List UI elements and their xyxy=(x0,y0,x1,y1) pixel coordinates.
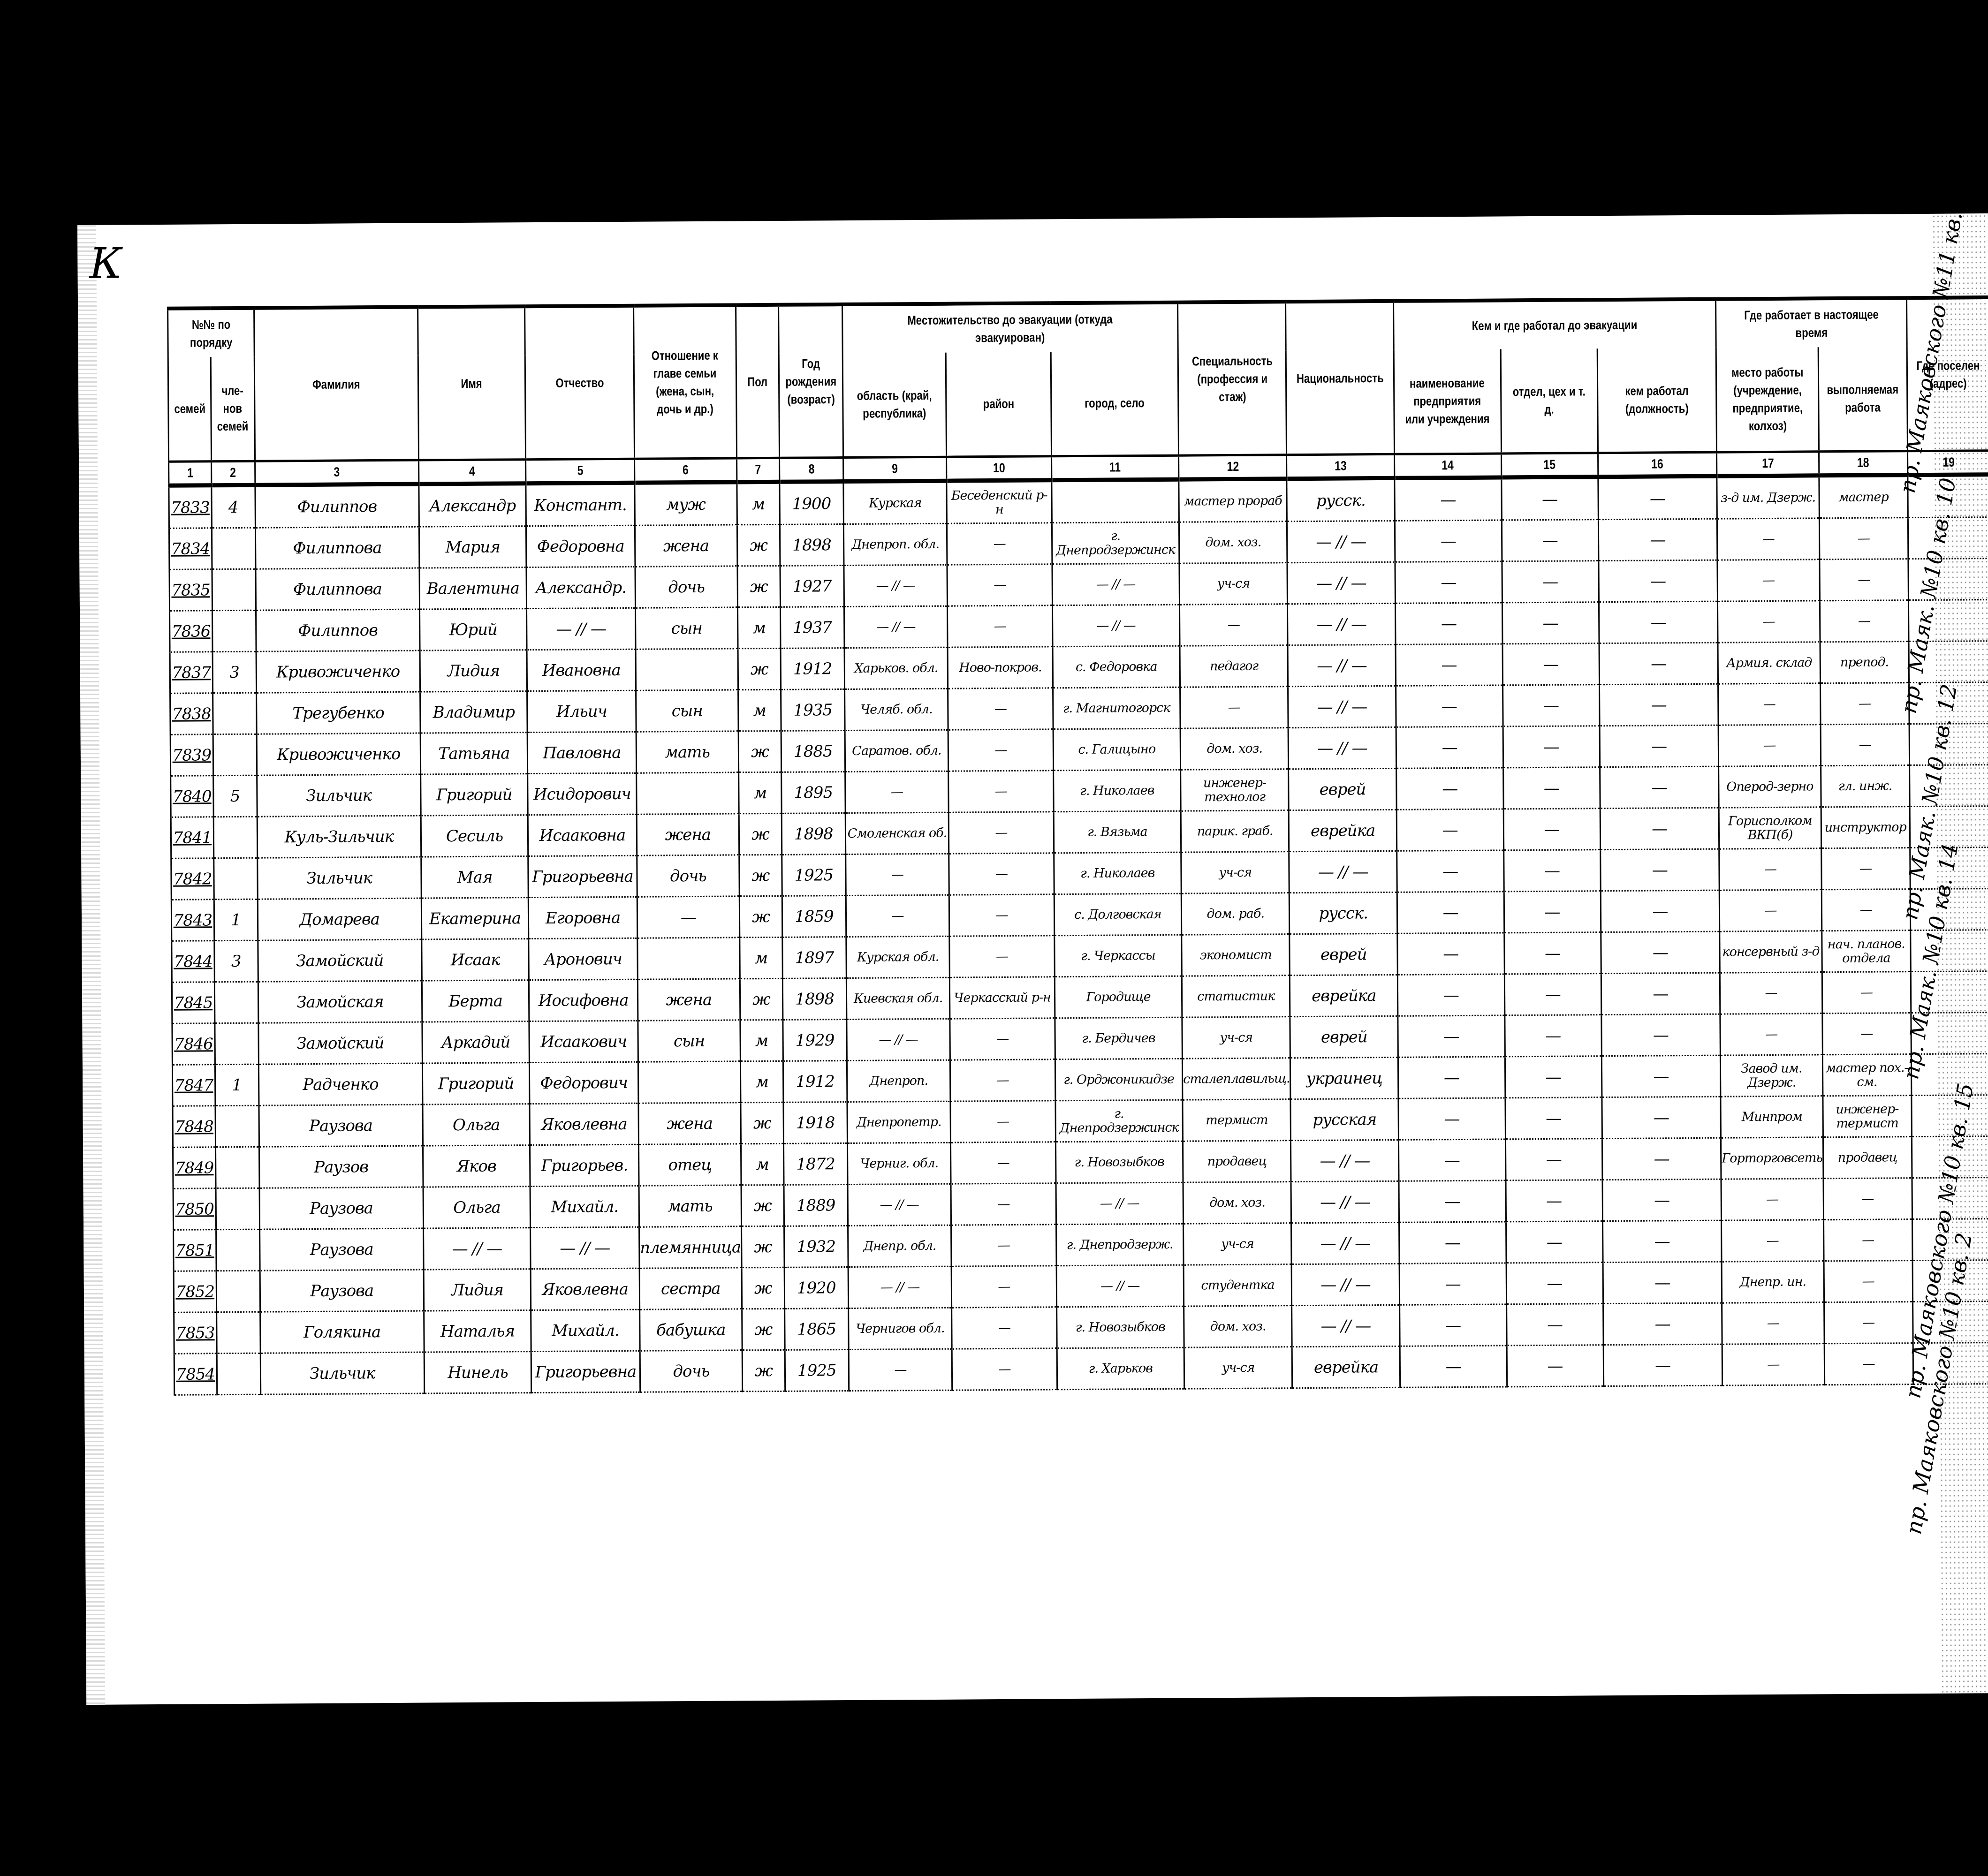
relation-cell: жена xyxy=(637,979,740,1021)
registry-table: №№ по порядку Фамилия Имя Отчество Отнош… xyxy=(167,295,1988,1396)
department-cell: — xyxy=(1506,1304,1603,1346)
family-count xyxy=(216,1188,259,1230)
city-cell: г. Орджоникидзе xyxy=(1055,1059,1183,1101)
sex-cell: ж xyxy=(738,731,782,772)
district-cell: — xyxy=(947,523,1052,565)
work-done-cell: препод. xyxy=(1820,642,1909,683)
city-cell: с. Долговская xyxy=(1054,893,1182,936)
workplace-cell: — xyxy=(1719,848,1821,890)
name-cell: Татьяна xyxy=(420,733,528,774)
name-cell: Лидия xyxy=(420,650,527,692)
patronymic-cell: Исааковна xyxy=(528,814,637,856)
surname-cell: Филиппова xyxy=(255,527,419,569)
row-number: 7847 xyxy=(172,1065,215,1106)
work-done-cell: мастер xyxy=(1819,475,1908,518)
specialty-cell: дом. раб. xyxy=(1181,893,1290,935)
workplace-cell: — xyxy=(1722,1302,1824,1344)
enterprise-cell: — xyxy=(1398,1057,1505,1098)
specialty-cell: сталеплавильщ. xyxy=(1182,1058,1290,1100)
sex-cell: ж xyxy=(739,855,782,896)
birth-year-cell: 1937 xyxy=(781,607,844,649)
enterprise-cell: — xyxy=(1396,685,1502,727)
sex-cell: ж xyxy=(742,1267,785,1309)
city-cell: с. Федоровка xyxy=(1053,646,1180,688)
enterprise-cell: — xyxy=(1399,1222,1506,1263)
position-cell: — xyxy=(1601,973,1720,1015)
work-done-cell: — xyxy=(1823,1219,1912,1261)
district-cell: — xyxy=(952,1348,1057,1390)
row-number: 7854 xyxy=(174,1354,217,1395)
relation-cell xyxy=(637,772,739,814)
region-cell: Чернигов обл. xyxy=(848,1308,952,1349)
nationality-cell: еврей xyxy=(1289,768,1396,810)
col-num: 12 xyxy=(1188,455,1277,479)
birth-year-cell: 1898 xyxy=(780,524,844,566)
workplace-cell: — xyxy=(1718,601,1820,643)
registry-rows: 78334ФилипповАлександрКонстант.мужм1900К… xyxy=(169,475,1988,1395)
header-families: семей xyxy=(172,357,207,461)
patronymic-cell: — // — xyxy=(531,1227,639,1269)
row-number: 7849 xyxy=(173,1147,216,1189)
name-cell: Григорий xyxy=(421,774,528,816)
header-enterprise: наименование предприятия или учреждения xyxy=(1404,349,1492,454)
district-cell: — xyxy=(948,771,1054,812)
birth-year-cell: 1927 xyxy=(780,566,844,607)
district-cell: — xyxy=(948,729,1054,771)
family-count: 3 xyxy=(214,940,258,982)
surname-cell: Кривожиченко xyxy=(256,651,420,693)
workplace-cell: — xyxy=(1718,683,1821,725)
family-count: 4 xyxy=(212,485,255,528)
position-cell: — xyxy=(1600,725,1719,767)
specialty-cell: уч-ся xyxy=(1184,1347,1292,1389)
region-cell: Киевская обл. xyxy=(846,977,950,1019)
header-nationality: Национальность xyxy=(1296,301,1385,455)
city-cell: г. Вязьма xyxy=(1054,811,1181,853)
district-cell: Беседенский р-н xyxy=(947,480,1052,523)
family-count xyxy=(212,528,255,569)
surname-cell: Филиппов xyxy=(256,609,420,651)
work-done-cell: — xyxy=(1820,683,1909,725)
nationality-cell: — // — xyxy=(1289,851,1397,893)
nationality-cell: — // — xyxy=(1291,1181,1399,1223)
patronymic-cell: Павловна xyxy=(527,732,636,773)
header-group-numbers: №№ по порядку xyxy=(175,308,246,357)
department-cell: — xyxy=(1503,726,1600,768)
col-num: 2 xyxy=(215,461,251,485)
work-done-cell: — xyxy=(1822,972,1911,1014)
sex-cell: м xyxy=(740,1061,783,1103)
workplace-cell: — xyxy=(1720,1014,1822,1055)
city-cell: г. Новозыбков xyxy=(1055,1141,1183,1183)
sex-cell: ж xyxy=(739,813,782,855)
row-number: 7850 xyxy=(173,1188,216,1230)
relation-cell: мать xyxy=(636,731,739,773)
col-num: 13 xyxy=(1297,454,1385,478)
relation-cell: муж xyxy=(635,482,737,525)
scan-edge xyxy=(77,225,105,1705)
position-cell: — xyxy=(1601,931,1720,974)
district-cell: — xyxy=(951,1142,1056,1184)
birth-year-cell: 1918 xyxy=(783,1102,847,1144)
work-done-cell: — xyxy=(1823,1178,1912,1220)
workplace-cell: — xyxy=(1717,560,1820,601)
name-cell: Берта xyxy=(422,980,529,1022)
sex-cell: ж xyxy=(738,648,781,690)
specialty-cell: парик. граб. xyxy=(1181,810,1289,852)
patronymic-cell: Егоровна xyxy=(528,897,637,938)
family-count xyxy=(213,817,257,858)
name-cell: Григорий xyxy=(422,1063,530,1104)
surname-cell: Зильчик xyxy=(257,857,421,899)
nationality-cell: — // — xyxy=(1292,1305,1400,1346)
name-cell: Аркадий xyxy=(422,1021,530,1063)
enterprise-cell: — xyxy=(1396,726,1503,768)
name-cell: Мая xyxy=(421,856,529,898)
workplace-cell: Днепр. ин. xyxy=(1722,1261,1824,1303)
enterprise-cell: — xyxy=(1398,1015,1505,1057)
name-cell: Нинель xyxy=(424,1352,531,1393)
relation-cell: — xyxy=(637,896,740,938)
surname-cell: Раузова xyxy=(259,1187,424,1229)
surname-cell: Зильчик xyxy=(257,774,421,817)
work-done-cell: — xyxy=(1819,518,1908,560)
region-cell: — // — xyxy=(847,1019,950,1060)
region-cell: Днепр. обл. xyxy=(848,1225,951,1267)
region-cell: Черниг. обл. xyxy=(847,1142,951,1184)
nationality-cell: — // — xyxy=(1291,1222,1399,1264)
family-count xyxy=(215,1147,259,1188)
city-cell: г. Николаев xyxy=(1054,852,1181,894)
col-num: 9 xyxy=(852,457,937,481)
department-cell: — xyxy=(1503,767,1600,809)
header-relation: Отношение к главе семьи (жена, сын, дочь… xyxy=(643,305,728,459)
patronymic-cell: Исидорович xyxy=(528,773,637,815)
city-cell: г. Днепродзержинск xyxy=(1052,522,1179,564)
surname-cell: Раузова xyxy=(259,1104,423,1147)
workplace-cell: — xyxy=(1717,518,1820,560)
header-department: отдел, цех и т. д. xyxy=(1509,348,1589,454)
patronymic-cell: Исаакович xyxy=(529,1021,638,1062)
specialty-cell: дом. хоз. xyxy=(1184,1306,1292,1347)
position-cell: — xyxy=(1598,476,1717,520)
surname-cell: Радченко xyxy=(258,1063,423,1105)
header-surname: Фамилия xyxy=(269,307,404,461)
name-cell: Александр xyxy=(419,484,526,527)
department-cell: — xyxy=(1502,685,1599,726)
birth-year-cell: 1898 xyxy=(782,813,845,855)
col-num: 3 xyxy=(270,460,404,485)
position-cell: — xyxy=(1600,808,1719,850)
header-sex: Пол xyxy=(740,305,776,458)
sex-cell: ж xyxy=(742,1309,785,1350)
surname-cell: Замойская xyxy=(258,981,422,1023)
department-cell: — xyxy=(1504,932,1601,974)
patronymic-cell: Михайл. xyxy=(530,1186,639,1227)
city-cell: г. Днепродзерж. xyxy=(1056,1224,1184,1266)
workplace-cell: — xyxy=(1722,1344,1824,1385)
header-position: кем работал (должность) xyxy=(1608,348,1706,453)
birth-year-cell: 1925 xyxy=(785,1350,849,1392)
work-done-cell: — xyxy=(1824,1302,1913,1344)
header-district: район xyxy=(956,352,1042,457)
department-cell: — xyxy=(1507,1345,1603,1387)
family-count: 1 xyxy=(214,899,258,941)
sex-cell: ж xyxy=(741,1226,784,1268)
birth-year-cell: 1932 xyxy=(784,1226,848,1268)
relation-cell: жена xyxy=(635,525,737,567)
district-cell: — xyxy=(948,688,1053,730)
relation-cell: сын xyxy=(635,607,738,649)
work-done-cell: — xyxy=(1821,889,1911,931)
sex-cell: ж xyxy=(737,566,781,607)
nationality-cell: — // — xyxy=(1288,603,1396,645)
department-cell: — xyxy=(1503,850,1600,892)
enterprise-cell: — xyxy=(1395,603,1502,644)
document-page: К №№ по порядку Фамилия Имя Отчество Отн… xyxy=(77,213,1988,1705)
relation-cell: дочь xyxy=(637,855,740,897)
nationality-cell: русск. xyxy=(1287,478,1395,521)
position-cell: — xyxy=(1598,519,1717,561)
workplace-cell: Горторговсеть xyxy=(1721,1137,1823,1179)
patronymic-cell: Григорьев. xyxy=(530,1144,639,1186)
workplace-cell: Армия. склад xyxy=(1718,642,1820,684)
header-specialty: Специальность (профессия и стаж) xyxy=(1187,302,1277,455)
col-num: 14 xyxy=(1404,454,1492,478)
enterprise-cell: — xyxy=(1397,850,1504,892)
city-cell: г. Харьков xyxy=(1057,1347,1184,1390)
enterprise-cell: — xyxy=(1400,1304,1507,1346)
row-number: 7844 xyxy=(172,941,214,983)
birth-year-cell: 1895 xyxy=(782,772,845,814)
row-number: 7838 xyxy=(170,693,213,735)
surname-cell: Зильчик xyxy=(260,1352,425,1394)
birth-year-cell: 1865 xyxy=(785,1309,849,1350)
district-cell: — xyxy=(951,1183,1056,1225)
name-cell: Валентина xyxy=(419,567,527,609)
family-count xyxy=(216,1271,260,1312)
region-cell: — // — xyxy=(848,1266,952,1308)
row-number: 7848 xyxy=(173,1106,215,1148)
district-cell: — xyxy=(951,1225,1056,1266)
city-cell: Городище xyxy=(1055,976,1182,1018)
surname-cell: Голякина xyxy=(260,1311,424,1353)
name-cell: Ольга xyxy=(423,1104,530,1146)
workplace-cell: Завод им. Дзерж. xyxy=(1721,1055,1823,1097)
row-number: 7840 xyxy=(171,776,213,817)
family-count xyxy=(216,1312,260,1354)
workplace-cell: — xyxy=(1721,1179,1823,1220)
region-cell: Курская обл. xyxy=(846,936,949,978)
position-cell: — xyxy=(1599,601,1718,643)
region-cell: — // — xyxy=(844,565,948,606)
position-cell: — xyxy=(1601,1097,1721,1139)
patronymic-cell: — // — xyxy=(527,608,636,650)
col-num: 4 xyxy=(428,460,516,484)
specialty-cell: педагог xyxy=(1180,645,1288,687)
workplace-cell: Горисполком ВКП(б) xyxy=(1719,807,1821,849)
specialty-cell: уч-ся xyxy=(1184,1223,1292,1265)
workplace-cell: консервный з-д xyxy=(1720,931,1822,973)
birth-year-cell: 1920 xyxy=(784,1267,848,1309)
row-number: 7837 xyxy=(170,652,212,694)
nationality-cell: — // — xyxy=(1287,562,1395,604)
name-cell: Юрий xyxy=(420,609,527,651)
department-cell: — xyxy=(1502,561,1598,603)
nationality-cell: украинец xyxy=(1290,1057,1398,1099)
family-count xyxy=(215,1023,258,1065)
position-cell: — xyxy=(1601,890,1720,932)
address-annotations: пр. Маяковского №11 кв. 8пр. Маяк. №10 к… xyxy=(77,213,1988,225)
name-cell: — // — xyxy=(424,1228,531,1270)
row-number: 7835 xyxy=(169,569,212,611)
family-count: 5 xyxy=(213,775,257,817)
birth-year-cell: 1912 xyxy=(781,648,844,690)
region-cell: Курская xyxy=(843,481,947,524)
department-cell: — xyxy=(1503,809,1600,850)
relation-cell xyxy=(636,649,738,690)
patronymic-cell: Федорович xyxy=(530,1062,638,1104)
city-cell: г. Магнитогорск xyxy=(1053,687,1180,729)
district-cell: — xyxy=(950,1018,1055,1060)
col-num: 10 xyxy=(956,456,1042,481)
patronymic-cell: Александр. xyxy=(526,567,635,608)
sex-cell: м xyxy=(738,689,782,731)
col-num: 15 xyxy=(1510,453,1589,477)
surname-cell: Трегубенко xyxy=(256,692,420,734)
header-group-work-before: Кем и где работал до эвакуации xyxy=(1422,299,1687,349)
family-count xyxy=(212,610,256,652)
specialty-cell: уч-ся xyxy=(1179,563,1288,605)
region-cell: — xyxy=(845,771,948,813)
family-count xyxy=(215,1105,259,1147)
region-cell: Днепропетр. xyxy=(847,1101,951,1143)
enterprise-cell: — xyxy=(1399,1180,1506,1222)
nationality-cell: — // — xyxy=(1287,521,1395,562)
name-cell: Екатерина xyxy=(421,898,529,939)
col-num: 6 xyxy=(644,458,728,483)
work-done-cell: — xyxy=(1820,600,1909,642)
city-cell: с. Галицыно xyxy=(1053,728,1181,771)
birth-year-cell: 1929 xyxy=(783,1020,847,1061)
district-cell: Ново-покров. xyxy=(948,647,1053,688)
row-number: 7842 xyxy=(171,858,214,900)
relation-cell xyxy=(637,938,740,979)
work-done-cell: — xyxy=(1824,1343,1913,1385)
position-cell: — xyxy=(1601,1014,1720,1056)
nationality-cell: русская xyxy=(1290,1098,1398,1140)
col-num: 18 xyxy=(1827,451,1899,476)
relation-cell: мать xyxy=(639,1185,742,1227)
row-number: 7843 xyxy=(171,900,214,941)
nationality-cell: — // — xyxy=(1288,686,1396,727)
specialty-cell: термист xyxy=(1183,1099,1291,1141)
department-cell: — xyxy=(1505,1056,1601,1098)
family-count: 3 xyxy=(212,651,256,693)
header-group-work-now: Где работает в настоящее время xyxy=(1733,298,1889,348)
sex-cell: м xyxy=(740,1020,783,1061)
patronymic-cell: Ильич xyxy=(527,690,636,732)
city-cell: — // — xyxy=(1056,1182,1184,1225)
family-count xyxy=(216,1229,259,1271)
enterprise-cell: — xyxy=(1400,1346,1507,1387)
region-cell: Челяб. обл. xyxy=(844,688,948,730)
workplace-cell: — xyxy=(1718,725,1821,766)
surname-cell: Раузова xyxy=(260,1270,424,1312)
region-cell: Смоленская об. xyxy=(845,812,949,854)
position-cell: — xyxy=(1602,1220,1722,1263)
corner-mark: К xyxy=(89,239,122,288)
district-cell: — xyxy=(950,1101,1055,1142)
col-num: 7 xyxy=(741,458,776,482)
region-cell: Днепроп. xyxy=(847,1060,950,1102)
nationality-cell: еврейка xyxy=(1290,975,1398,1016)
specialty-cell: дом. хоз. xyxy=(1183,1182,1291,1224)
surname-cell: Замойский xyxy=(258,1022,422,1064)
nationality-cell: — // — xyxy=(1291,1263,1399,1305)
department-cell: — xyxy=(1502,602,1599,644)
birth-year-cell: 1889 xyxy=(784,1185,848,1226)
sex-cell: м xyxy=(739,772,782,814)
department-cell: — xyxy=(1502,520,1598,561)
position-cell: — xyxy=(1602,1138,1721,1180)
enterprise-cell: — xyxy=(1396,768,1503,809)
position-cell: — xyxy=(1599,684,1718,726)
relation-cell: отец xyxy=(638,1144,741,1186)
city-cell: — // — xyxy=(1052,563,1180,605)
position-cell: — xyxy=(1603,1344,1722,1386)
specialty-cell: — xyxy=(1180,687,1289,728)
header-region: область (край, республика) xyxy=(852,353,937,458)
family-count xyxy=(217,1353,260,1395)
region-cell: — // — xyxy=(848,1184,951,1225)
row-number: 7846 xyxy=(172,1023,215,1065)
birth-year-cell: 1872 xyxy=(784,1143,848,1185)
region-cell: Саратов. обл. xyxy=(845,730,948,772)
city-cell: — // — xyxy=(1052,605,1180,647)
sex-cell: ж xyxy=(739,896,782,938)
department-cell: — xyxy=(1504,974,1601,1015)
birth-year-cell: 1912 xyxy=(783,1061,847,1103)
district-cell: — xyxy=(947,564,1052,606)
workplace-cell: Минпром xyxy=(1721,1096,1823,1138)
district-cell: — xyxy=(949,812,1054,854)
position-cell: — xyxy=(1603,1262,1722,1304)
position-cell: — xyxy=(1602,1179,1722,1221)
patronymic-cell: Аронович xyxy=(529,938,637,980)
enterprise-cell: — xyxy=(1398,1098,1505,1140)
specialty-cell: уч-ся xyxy=(1181,852,1290,893)
nationality-cell: русск. xyxy=(1290,892,1397,934)
birth-year-cell: 1925 xyxy=(782,855,846,896)
nationality-cell: еврейка xyxy=(1289,809,1397,851)
enterprise-cell: — xyxy=(1395,520,1502,562)
family-count xyxy=(213,858,257,900)
birth-year-cell: 1898 xyxy=(782,978,846,1020)
relation-cell: бабушка xyxy=(640,1309,743,1351)
district-cell: — xyxy=(949,853,1054,895)
family-count xyxy=(212,693,256,734)
sex-cell: м xyxy=(740,937,783,979)
family-count xyxy=(212,569,256,611)
department-cell: — xyxy=(1506,1263,1603,1304)
header-group-residence: Местожительство до эвакуации (откуда эва… xyxy=(873,303,1148,353)
city-cell: — // — xyxy=(1056,1265,1184,1307)
col-num: 8 xyxy=(785,458,837,482)
family-count xyxy=(213,734,257,776)
district-cell: Черкасский р-н xyxy=(950,977,1055,1019)
name-cell: Сесиль xyxy=(421,815,528,857)
